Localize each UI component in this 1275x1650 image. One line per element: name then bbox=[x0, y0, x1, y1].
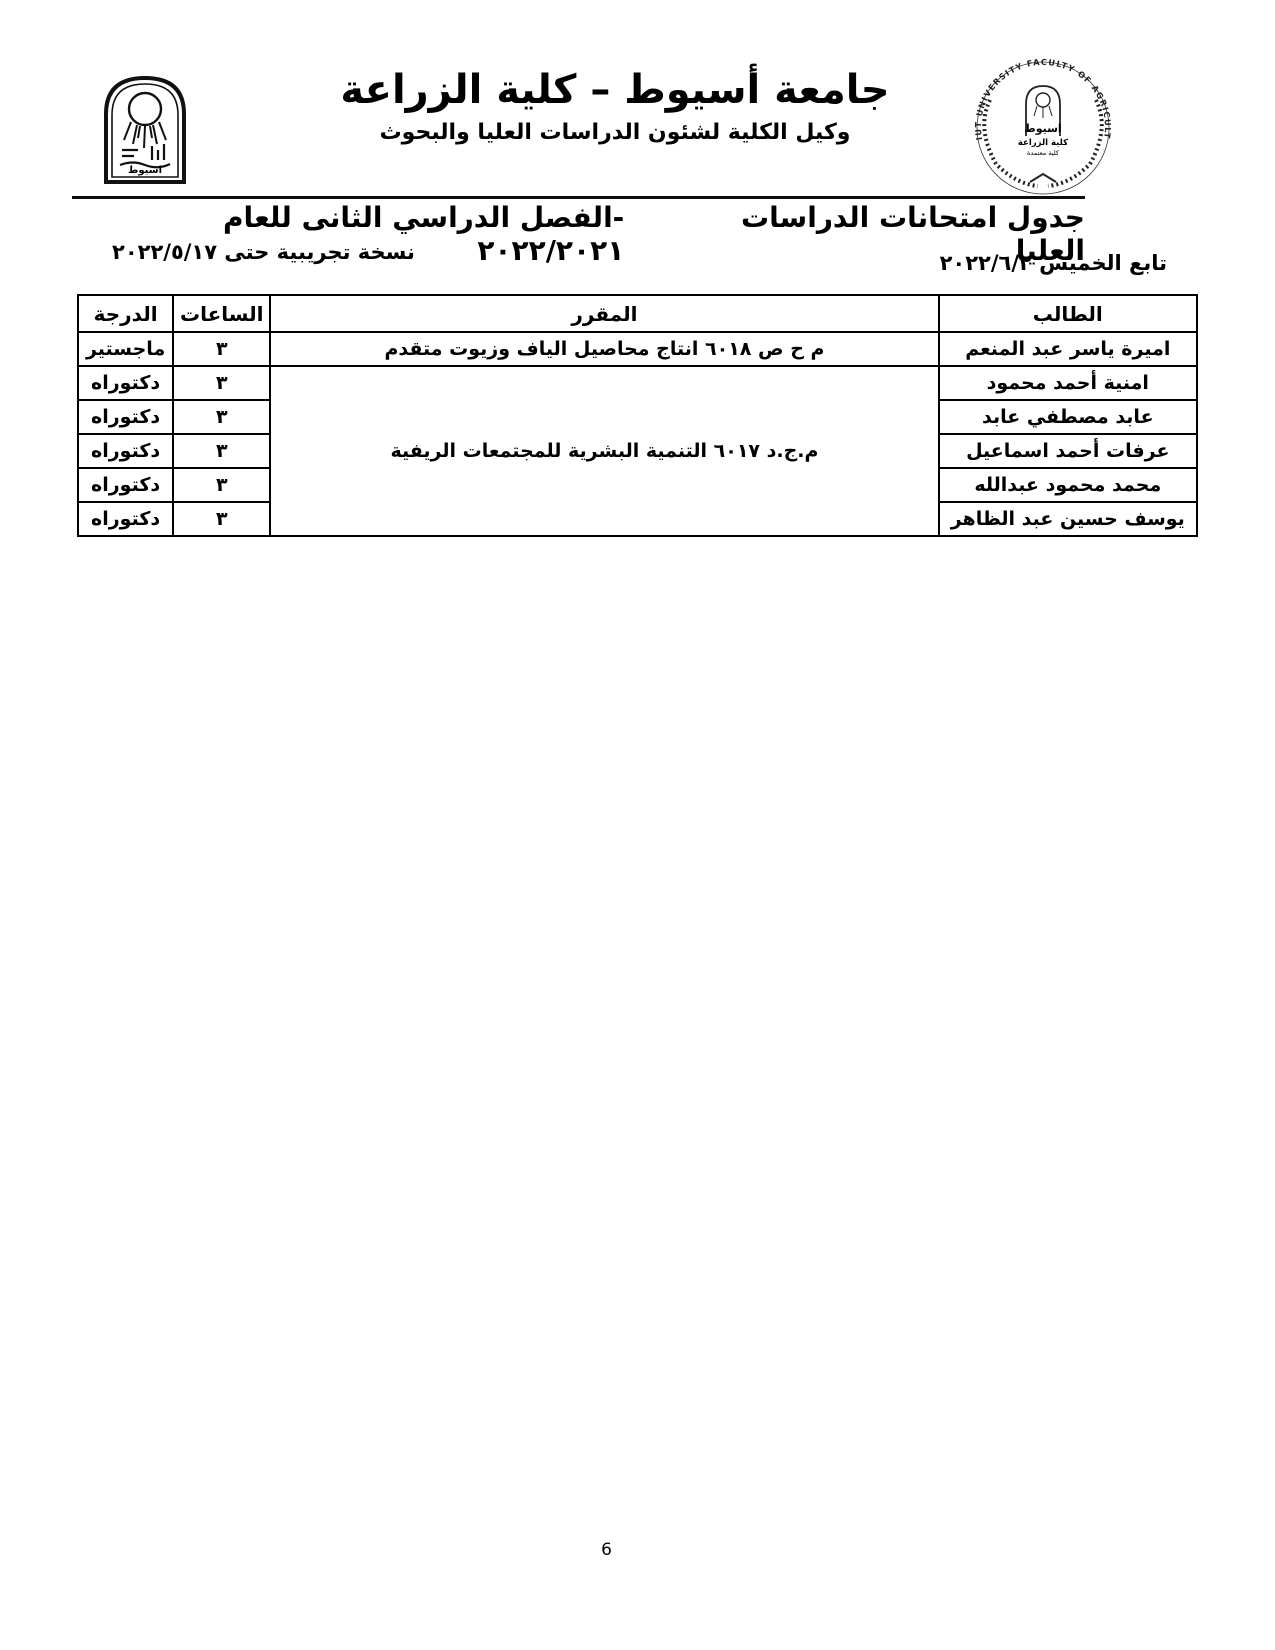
hours-cell: ٣ bbox=[173, 366, 270, 400]
column-header-hours: الساعات bbox=[173, 295, 270, 332]
assiut-university-emblem-icon: اسيوط bbox=[98, 70, 192, 188]
merged-course-cell: م.ج.د ٦٠١٧ التنمية البشرية للمجتمعات الر… bbox=[270, 366, 938, 536]
degree-cell: دكتوراه bbox=[78, 502, 173, 536]
exam-date-note: تابع الخميس ٢٠٢٢/٦/٢ bbox=[940, 251, 1167, 275]
degree-cell: دكتوراه bbox=[78, 366, 173, 400]
seal-center-emblem-icon: اسيوط كلية الزراعة كلية معتمدة bbox=[1018, 86, 1068, 157]
column-header-student: الطالب bbox=[939, 295, 1197, 332]
degree-cell: ماجستير bbox=[78, 332, 173, 366]
table-row: اميرة ياسر عبد المنعم م ح ص ٦٠١٨ انتاج م… bbox=[78, 332, 1197, 366]
student-name-cell: اميرة ياسر عبد المنعم bbox=[939, 332, 1197, 366]
hours-cell: ٣ bbox=[173, 502, 270, 536]
seal-center-caption: اسيوط bbox=[1024, 122, 1061, 135]
student-name-cell: محمد محمود عبدالله bbox=[939, 468, 1197, 502]
column-header-course: المقرر bbox=[270, 295, 938, 332]
student-name-cell: عرفات أحمد اسماعيل bbox=[939, 434, 1197, 468]
faculty-seal-icon: ASSIUT UNIVERSITY FACULTY OF AGRICULTURE… bbox=[938, 52, 1148, 200]
hours-cell: ٣ bbox=[173, 400, 270, 434]
table-header-row: الطالب المقرر الساعات الدرجة bbox=[78, 295, 1197, 332]
degree-cell: دكتوراه bbox=[78, 400, 173, 434]
exam-schedule-table: الطالب المقرر الساعات الدرجة اميرة ياسر … bbox=[77, 294, 1198, 537]
degree-cell: دكتوراه bbox=[78, 434, 173, 468]
university-title: جامعة أسيوط – كلية الزراعة bbox=[255, 68, 975, 112]
table-row: امنية أحمد محمود م.ج.د ٦٠١٧ التنمية البش… bbox=[78, 366, 1197, 400]
hours-cell: ٣ bbox=[173, 434, 270, 468]
hours-cell: ٣ bbox=[173, 468, 270, 502]
header-divider bbox=[72, 196, 1085, 199]
trial-version-note: نسخة تجريبية حتى ٢٠٢٢/٥/١٧ bbox=[112, 240, 415, 264]
hours-cell: ٣ bbox=[173, 332, 270, 366]
seal-center-line2: كلية معتمدة bbox=[1027, 149, 1060, 157]
course-cell: م ح ص ٦٠١٨ انتاج محاصيل الياف وزيوت متقد… bbox=[270, 332, 938, 366]
student-name-cell: امنية أحمد محمود bbox=[939, 366, 1197, 400]
page-number: 6 bbox=[0, 1540, 1213, 1560]
university-subtitle: وكيل الكلية لشئون الدراسات العليا والبحو… bbox=[255, 120, 975, 145]
student-name-cell: يوسف حسين عبد الظاهر bbox=[939, 502, 1197, 536]
left-logo-caption: اسيوط bbox=[128, 165, 162, 176]
student-name-cell: عابد مصطفي عابد bbox=[939, 400, 1197, 434]
header-title-block: جامعة أسيوط – كلية الزراعة وكيل الكلية ل… bbox=[255, 68, 975, 145]
column-header-degree: الدرجة bbox=[78, 295, 173, 332]
degree-cell: دكتوراه bbox=[78, 468, 173, 502]
document-page: اسيوط جامعة أسيوط – كلية الزراعة وكيل ال… bbox=[0, 0, 1275, 1650]
seal-center-line1: كلية الزراعة bbox=[1018, 138, 1068, 148]
